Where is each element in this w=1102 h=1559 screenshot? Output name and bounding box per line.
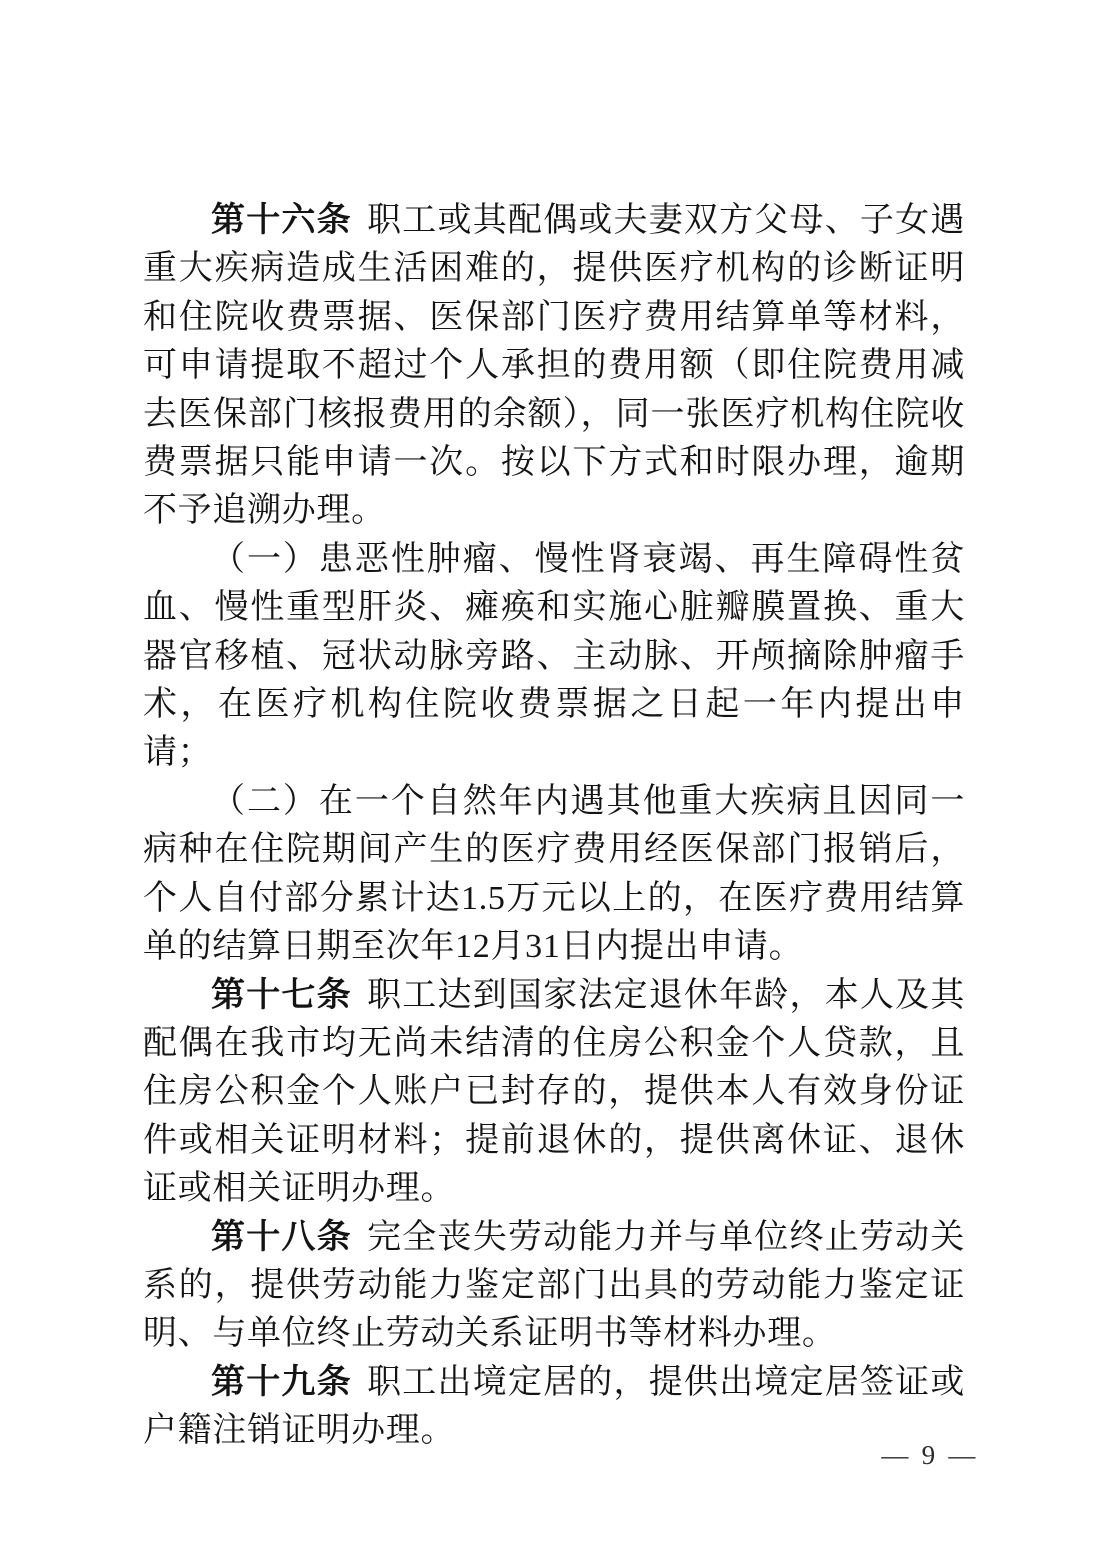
- paragraph-article-18: 第十八条完全丧失劳动能力并与单位终止劳动关系的，提供劳动能力鉴定部门出具的劳动能…: [143, 1214, 965, 1359]
- article-17-heading: 第十七条: [211, 977, 352, 1014]
- document-body: 第十六条职工或其配偶或夫妻双方父母、子女遇重大疾病造成生活困难的，提供医疗机构的…: [143, 197, 965, 1456]
- page-number: — 9 —: [860, 1440, 1000, 1470]
- document-page: 第十六条职工或其配偶或夫妻双方父母、子女遇重大疾病造成生活困难的，提供医疗机构的…: [0, 0, 1102, 1559]
- item-2-text: （二）在一个自然年内遇其他重大疾病且因同一病种在住院期间产生的医疗费用经医保部门…: [143, 783, 965, 965]
- paragraph-article-16: 第十六条职工或其配偶或夫妻双方父母、子女遇重大疾病造成生活困难的，提供医疗机构的…: [143, 197, 965, 536]
- paragraph-article-19: 第十九条职工出境定居的，提供出境定居签证或户籍注销证明办理。: [143, 1359, 965, 1456]
- article-16-heading: 第十六条: [211, 202, 352, 239]
- paragraph-item-1: （一）患恶性肿瘤、慢性肾衰竭、再生障碍性贫血、慢性重型肝炎、瘫痪和实施心脏瓣膜置…: [143, 536, 965, 778]
- article-18-heading: 第十八条: [211, 1219, 352, 1256]
- article-16-text: 职工或其配偶或夫妻双方父母、子女遇重大疾病造成生活困难的，提供医疗机构的诊断证明…: [143, 202, 965, 529]
- item-1-text: （一）患恶性肿瘤、慢性肾衰竭、再生障碍性贫血、慢性重型肝炎、瘫痪和实施心脏瓣膜置…: [143, 541, 965, 772]
- article-19-heading: 第十九条: [211, 1364, 352, 1401]
- paragraph-item-2: （二）在一个自然年内遇其他重大疾病且因同一病种在住院期间产生的医疗费用经医保部门…: [143, 778, 965, 972]
- paragraph-article-17: 第十七条职工达到国家法定退休年龄，本人及其配偶在我市均无尚未结清的住房公积金个人…: [143, 972, 965, 1214]
